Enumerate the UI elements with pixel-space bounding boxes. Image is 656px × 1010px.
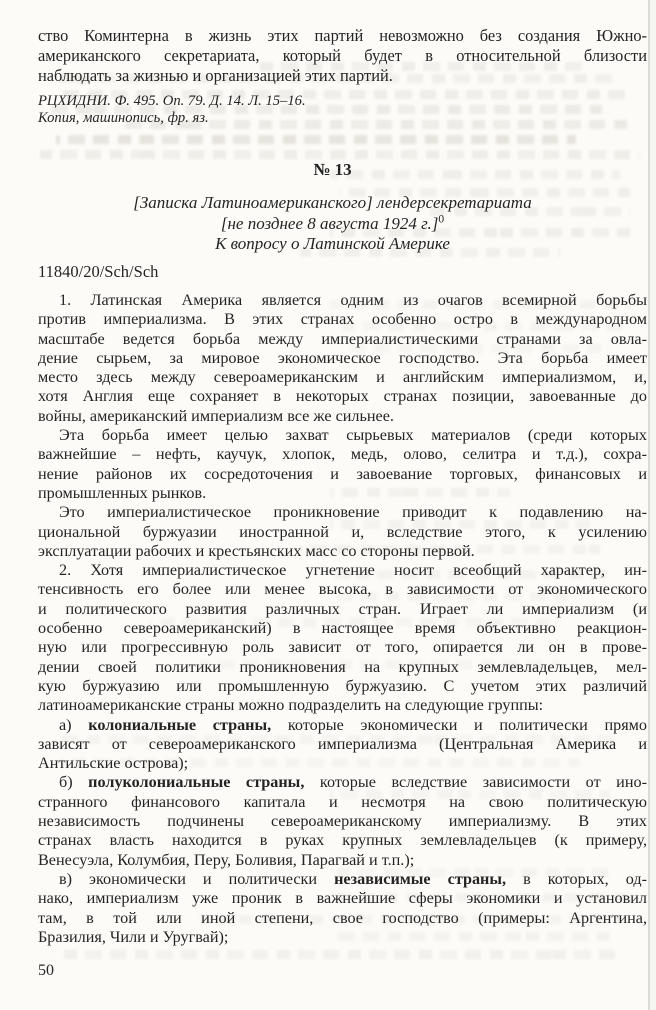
paragraph: Это империалистическое проникновение при… bbox=[38, 503, 647, 561]
document-body: 1. Латинская Америка является одним из о… bbox=[38, 291, 647, 947]
text-line: ную или прогрессивную роль зависит от то… bbox=[38, 638, 647, 657]
paragraph: 1. Латинская Америка является одним из о… bbox=[38, 291, 647, 426]
paragraph: б) полуколониальные страны, которые всле… bbox=[38, 773, 647, 869]
text-line: хотя Англия еще сохраняет в некоторых ст… bbox=[38, 387, 647, 406]
text-line: тенсивность его более или менее высока, … bbox=[38, 580, 647, 599]
text-line: [Записка Латиноамериканского] лендерсекр… bbox=[28, 193, 637, 214]
text-line: войны, американский империализм все же с… bbox=[38, 407, 647, 426]
bleedthrough-artifact bbox=[60, 950, 620, 959]
text-line: странного финансового капитала и несмотр… bbox=[38, 793, 647, 812]
text-line: ство Коминтерна в жизнь этих партий нево… bbox=[38, 26, 647, 46]
text-line: особенно североамериканский) в настоящее… bbox=[38, 619, 647, 638]
text-line: зависят от североамериканского империали… bbox=[38, 735, 647, 754]
text-line: Венесуэла, Колумбия, Перу, Боливия, Пара… bbox=[38, 851, 647, 870]
continuation-paragraph: ство Коминтерна в жизнь этих партий нево… bbox=[38, 26, 647, 86]
text-line: против империализма. В этих странах особ… bbox=[38, 310, 647, 329]
text-line: б) полуколониальные страны, которые всле… bbox=[38, 773, 647, 792]
text-line: дении своей политики проникновения на кр… bbox=[38, 658, 647, 677]
text-line: и политического развития различных стран… bbox=[38, 600, 647, 619]
text-line: странах власть находится в руках крупных… bbox=[38, 831, 647, 850]
text-line: кую буржуазию или промышленную буржуазию… bbox=[38, 677, 647, 696]
page-number: 50 bbox=[38, 962, 647, 980]
text-line: РЦХИДНИ. Ф. 495. Оп. 79. Д. 14. Л. 15–16… bbox=[38, 93, 647, 110]
text-line: Антильские острова); bbox=[38, 754, 647, 773]
document-number: № 13 bbox=[28, 160, 637, 180]
text-line: важнейшие – нефть, каучук, хлопок, медь,… bbox=[38, 445, 647, 464]
text-line: место здесь между североамериканским и а… bbox=[38, 368, 647, 387]
text-line: 2. Хотя империалистическое угнетение нос… bbox=[38, 561, 647, 580]
text-line: независимость подчинены североамериканск… bbox=[38, 812, 647, 831]
bleedthrough-artifact bbox=[56, 135, 576, 144]
text-line: масштабе ведется борьба между империалис… bbox=[38, 330, 647, 349]
text-line: наблюдать за жизнью и организацией этих … bbox=[38, 66, 647, 86]
text-line: 1. Латинская Америка является одним из о… bbox=[38, 291, 647, 310]
text-line: латиноамериканские страны можно подразде… bbox=[38, 696, 647, 715]
scanned-book-page: ство Коминтерна в жизнь этих партий нево… bbox=[0, 0, 656, 1010]
text-line: К вопросу о Латинской Америке bbox=[28, 234, 637, 255]
text-line: Бразилия, Чили и Уругвай); bbox=[38, 928, 647, 947]
text-line: Это империалистическое проникновение при… bbox=[38, 503, 647, 522]
registration-number: 11840/20/Sch/Sch bbox=[38, 262, 647, 282]
text-line: в) экономически и политически независимы… bbox=[38, 870, 647, 889]
text-line: дение сырьем, за мировое экономическое г… bbox=[38, 349, 647, 368]
paragraph: а) колониальные страны, которые экономич… bbox=[38, 716, 647, 774]
text-line: а) колониальные страны, которые экономич… bbox=[38, 716, 647, 735]
scan-edge-line bbox=[648, 0, 650, 1010]
paragraph: в) экономически и политически независимы… bbox=[38, 870, 647, 947]
archive-source-note: РЦХИДНИ. Ф. 495. Оп. 79. Д. 14. Л. 15–16… bbox=[38, 93, 647, 126]
text-line: циональной буржуазии иностранной и, всле… bbox=[38, 523, 647, 542]
text-line: нение районов их сосредоточения и завоев… bbox=[38, 465, 647, 484]
document-title: [Записка Латиноамериканского] лендерсекр… bbox=[28, 193, 637, 255]
text-line: Копия, машинопись, фр. яз. bbox=[38, 110, 647, 127]
bleedthrough-artifact bbox=[40, 150, 640, 159]
scan-edge-strip bbox=[650, 0, 656, 1010]
text-line: эксплуатации рабочих и крестьянских масс… bbox=[38, 542, 647, 561]
paragraph: Эта борьба имеет целью захват сырьевых м… bbox=[38, 426, 647, 503]
text-line: американского секретариата, который буде… bbox=[38, 46, 647, 66]
paragraph: 2. Хотя империалистическое угнетение нос… bbox=[38, 561, 647, 715]
text-line: промышленных рынков. bbox=[38, 484, 647, 503]
text-line: нако, империализм уже проник в важнейшие… bbox=[38, 889, 647, 908]
text-line: Эта борьба имеет целью захват сырьевых м… bbox=[38, 426, 647, 445]
text-line: там, в той или иной степени, свое господ… bbox=[38, 909, 647, 928]
text-line: [не позднее 8 августа 1924 г.]0 bbox=[28, 214, 637, 235]
